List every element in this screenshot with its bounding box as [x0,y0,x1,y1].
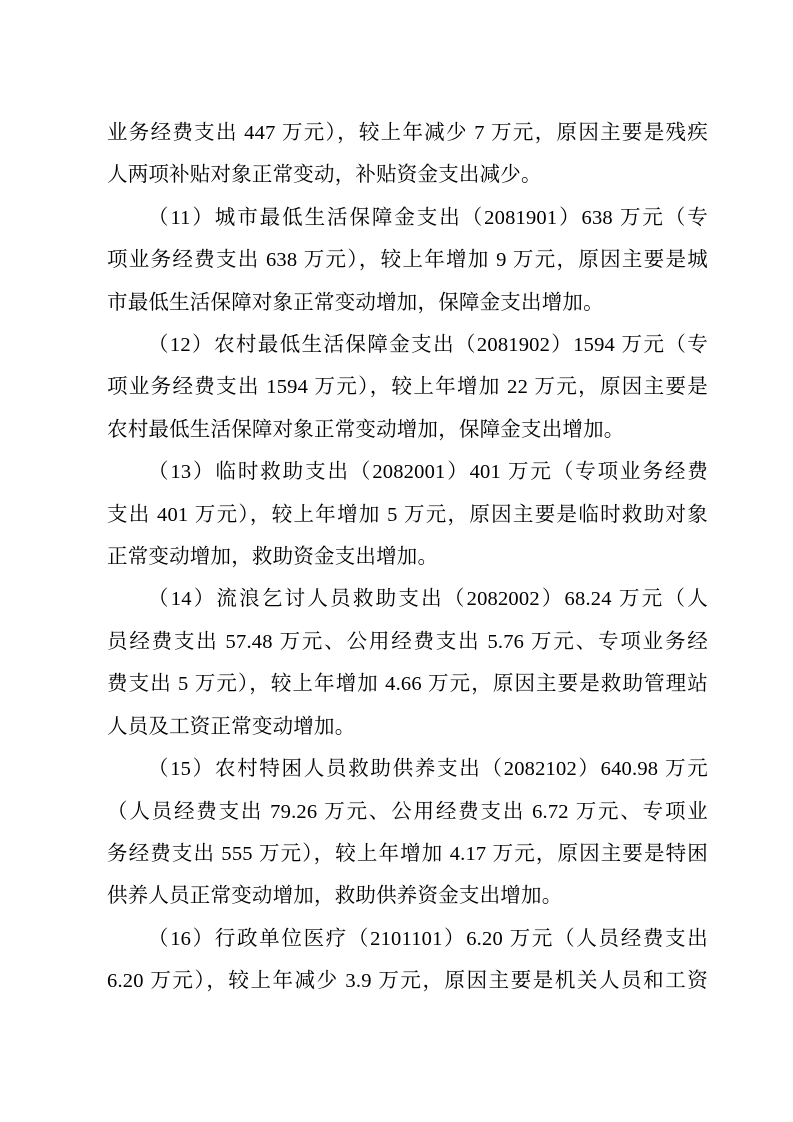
paragraph-item-14: （14）流浪乞讨人员救助支出（2082002）68.24 万元（人 员经费支出 … [107,578,708,748]
paragraph-item-12: （12）农村最低生活保障金支出（2081902）1594 万元（专 项业务经费支… [107,324,708,451]
text-line: 费支出 5 万元），较上年增加 4.66 万元，原因主要是救助管理站 [107,663,708,705]
text-line: （人员经费支出 79.26 万元、公用经费支出 6.72 万元、专项业 [107,791,708,833]
text-line: 供养人员正常变动增加，救助供养资金支出增加。 [107,875,708,917]
text-line: 支出 401 万元），较上年增加 5 万元，原因主要是临时救助对象 [107,494,708,536]
text-line: （12）农村最低生活保障金支出（2081902）1594 万元（专 [107,324,708,366]
text-line: 人员及工资正常变动增加。 [107,706,708,748]
text-line: 项业务经费支出 1594 万元），较上年增加 22 万元，原因主要是 [107,366,708,408]
text-line: 6.20 万元），较上年减少 3.9 万元，原因主要是机关人员和工资 [107,960,708,1002]
text-line: 市最低生活保障对象正常变动增加，保障金支出增加。 [107,282,708,324]
text-line: 业务经费支出 447 万元），较上年减少 7 万元，原因主要是残疾 [107,112,708,154]
text-line: （13）临时救助支出（2082001）401 万元（专项业务经费 [107,451,708,493]
text-line: 务经费支出 555 万元），较上年增加 4.17 万元，原因主要是特困 [107,833,708,875]
paragraph-continuation: 业务经费支出 447 万元），较上年减少 7 万元，原因主要是残疾 人两项补贴对… [107,112,708,197]
text-line: 人两项补贴对象正常变动，补贴资金支出减少。 [107,154,708,196]
text-line: 员经费支出 57.48 万元、公用经费支出 5.76 万元、专项业务经 [107,621,708,663]
paragraph-item-13: （13）临时救助支出（2082001）401 万元（专项业务经费 支出 401 … [107,451,708,578]
text-line: 农村最低生活保障对象正常变动增加，保障金支出增加。 [107,409,708,451]
paragraph-item-15: （15）农村特困人员救助供养支出（2082102）640.98 万元 （人员经费… [107,748,708,918]
text-line: 项业务经费支出 638 万元），较上年增加 9 万元，原因主要是城 [107,239,708,281]
document-page: 业务经费支出 447 万元），较上年减少 7 万元，原因主要是残疾 人两项补贴对… [0,0,793,1122]
paragraph-item-16: （16）行政单位医疗（2101101）6.20 万元（人员经费支出 6.20 万… [107,918,708,1003]
text-line: （14）流浪乞讨人员救助支出（2082002）68.24 万元（人 [107,578,708,620]
text-line: （15）农村特困人员救助供养支出（2082102）640.98 万元 [107,748,708,790]
text-line: （16）行政单位医疗（2101101）6.20 万元（人员经费支出 [107,918,708,960]
text-block: 业务经费支出 447 万元），较上年减少 7 万元，原因主要是残疾 人两项补贴对… [107,112,708,1003]
text-line: 正常变动增加，救助资金支出增加。 [107,536,708,578]
text-line: （11）城市最低生活保障金支出（2081901）638 万元（专 [107,197,708,239]
paragraph-item-11: （11）城市最低生活保障金支出（2081901）638 万元（专 项业务经费支出… [107,197,708,324]
